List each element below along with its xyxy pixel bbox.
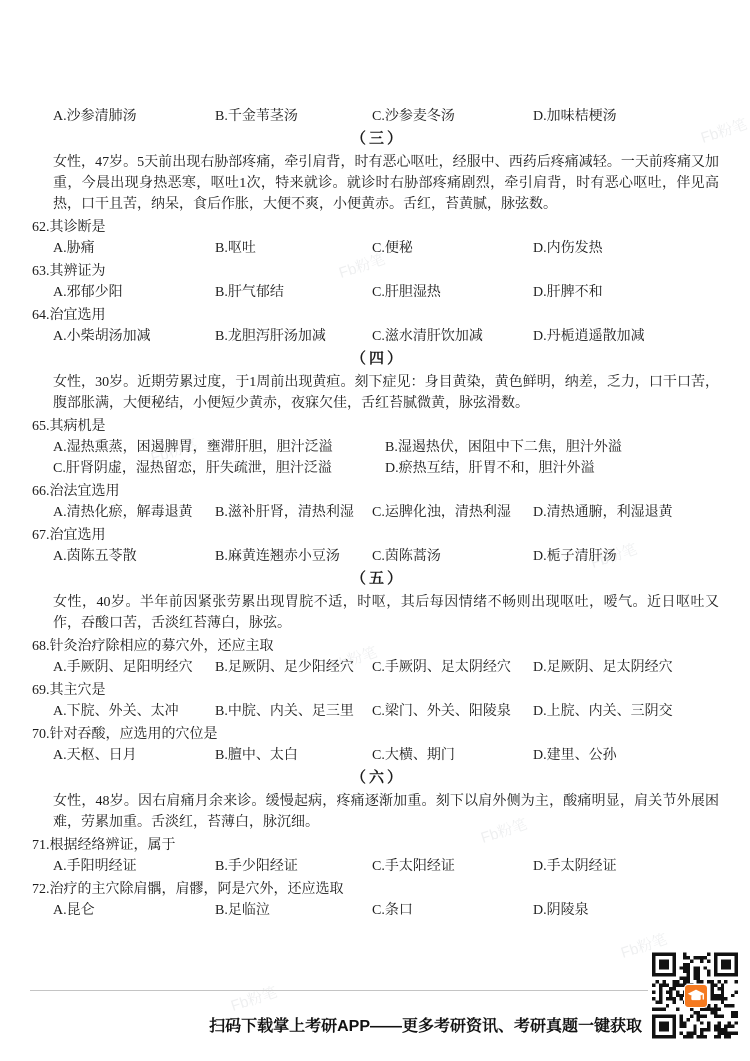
question-text: 针灸治疗除相应的募穴外，还应主取	[50, 639, 274, 654]
option-a: A.手厥阴、足阳明经穴	[53, 657, 215, 678]
option-a: A.湿热熏蒸，困遏脾胃，壅滞肝胆，胆汁泛溢	[53, 437, 385, 458]
option-c: C.沙参麦冬汤	[372, 106, 533, 127]
option-a: A.胁痛	[53, 238, 215, 259]
question-options: A.昆仑 B.足临泣 C.条口 D.阴陵泉	[53, 900, 724, 921]
question-number: 66.	[32, 484, 50, 499]
question-text: 其病机是	[50, 419, 106, 434]
option-b: B.足临泣	[215, 900, 372, 921]
question-number: 67.	[32, 528, 50, 543]
question-options: A.天枢、日月 B.膻中、太白 C.大横、期门 D.建里、公孙	[53, 745, 724, 766]
qr-center-logo	[684, 984, 708, 1008]
option-d: D.上脘、内关、三阴交	[533, 701, 724, 722]
question-number: 68.	[32, 639, 50, 654]
option-c: C.大横、期门	[372, 745, 533, 766]
option-d: D.建里、公孙	[533, 745, 724, 766]
question-number: 72.	[32, 882, 50, 897]
question-options: A.胁痛 B.呕吐 C.便秘 D.内伤发热	[53, 238, 724, 259]
option-c: C.条口	[372, 900, 533, 921]
section-title: （五）	[32, 569, 724, 590]
question-options: A.茵陈五苓散 B.麻黄连翘赤小豆汤 C.茵陈蒿汤 D.栀子清肝汤	[53, 546, 724, 567]
question-options: A.湿热熏蒸，困遏脾胃，壅滞肝胆，胆汁泛溢 B.湿遏热伏，困阻中下二焦，胆汁外溢…	[53, 437, 724, 479]
question-number: 64.	[32, 308, 50, 323]
option-b: B.肝气郁结	[215, 282, 372, 303]
question-number: 69.	[32, 683, 50, 698]
option-a: A.昆仑	[53, 900, 215, 921]
question-number: 62.	[32, 220, 50, 235]
footer-promo-text: 扫码下载掌上考研APP——更多考研资讯、考研真题一键获取	[102, 1013, 642, 1036]
watermark-text: Fb粉笔	[228, 981, 280, 1016]
question-text: 其诊断是	[50, 220, 106, 235]
question-stem: 62.其诊断是	[32, 217, 724, 238]
option-a: A.小柴胡汤加减	[53, 326, 215, 347]
option-c: C.肝胆湿热	[372, 282, 533, 303]
question-text: 其辨证为	[50, 264, 106, 279]
question-stem: 72.治疗的主穴除肩髃，肩髎，阿是穴外，还应选取	[32, 879, 724, 900]
option-b: B.足厥阴、足少阳经穴	[215, 657, 372, 678]
question-stem: 64.治宜选用	[32, 305, 724, 326]
option-c: C.茵陈蒿汤	[372, 546, 533, 567]
case-description: 女性，47岁。5天前出现右胁部疼痛，牵引肩背，时有恶心呕吐，经服中、西药后疼痛减…	[53, 152, 719, 215]
option-d: D.瘀热互结，肝胃不和，胆汁外溢	[385, 458, 724, 479]
option-b: B.湿遏热伏，困阻中下二焦，胆汁外溢	[385, 437, 724, 458]
option-a: A.邪郁少阳	[53, 282, 215, 303]
question-options: A.沙参清肺汤 B.千金苇茎汤 C.沙参麦冬汤 D.加味桔梗汤	[53, 106, 724, 127]
option-d: D.加味桔梗汤	[533, 106, 724, 127]
question-stem: 65.其病机是	[32, 416, 724, 437]
question-text: 治宜选用	[50, 528, 106, 543]
question-text: 治宜选用	[50, 308, 106, 323]
option-d: D.手太阴经证	[533, 856, 724, 877]
question-text: 其主穴是	[50, 683, 106, 698]
qr-code	[652, 951, 738, 1040]
question-number: 70.	[32, 727, 50, 742]
question-options: A.手厥阴、足阳明经穴 B.足厥阴、足少阳经穴 C.手厥阴、足太阴经穴 D.足厥…	[53, 657, 724, 678]
question-stem: 66.治法宜选用	[32, 481, 724, 502]
question-stem: 70.针对吞酸，应选用的穴位是	[32, 724, 724, 745]
option-c: C.手太阳经证	[372, 856, 533, 877]
question-text: 根据经络辨证，属于	[50, 838, 176, 853]
option-a: A.天枢、日月	[53, 745, 215, 766]
option-d: D.阴陵泉	[533, 900, 724, 921]
option-a: A.下脘、外关、太冲	[53, 701, 215, 722]
case-description: 女性，48岁。因右肩痛月余来诊。缓慢起病，疼痛逐渐加重。刻下以肩外侧为主，酸痛明…	[53, 791, 719, 833]
question-number: 71.	[32, 838, 50, 853]
question-stem: 63.其辨证为	[32, 261, 724, 282]
question-stem: 71.根据经络辨证，属于	[32, 835, 724, 856]
graduation-cap-icon	[685, 952, 707, 1041]
question-options: A.下脘、外关、太冲 B.中脘、内关、足三里 C.梁门、外关、阳陵泉 D.上脘、…	[53, 701, 724, 722]
option-b: B.龙胆泻肝汤加减	[215, 326, 372, 347]
question-options: A.手阳明经证 B.手少阳经证 C.手太阳经证 D.手太阴经证	[53, 856, 724, 877]
section-title: （三）	[32, 129, 724, 150]
option-c: C.梁门、外关、阳陵泉	[372, 701, 533, 722]
option-b: B.手少阳经证	[215, 856, 372, 877]
option-a: A.清热化瘀，解毒退黄	[53, 502, 215, 523]
option-d: D.足厥阴、足太阴经穴	[533, 657, 724, 678]
option-c: C.手厥阴、足太阴经穴	[372, 657, 533, 678]
option-a: A.茵陈五苓散	[53, 546, 215, 567]
exam-page: Fb粉笔 Fb粉笔 Fb粉笔 Fb粉笔 Fb粉笔 Fb粉笔 Fb粉笔 Fb粉笔 …	[0, 0, 750, 1061]
case-description: 女性，30岁。近期劳累过度，于1周前出现黄疸。刻下症见：身目黄染，黄色鲜明，纳差…	[53, 372, 719, 414]
option-b: B.中脘、内关、足三里	[215, 701, 372, 722]
question-number: 63.	[32, 264, 50, 279]
question-text: 治法宜选用	[50, 484, 120, 499]
section-title: （四）	[32, 349, 724, 370]
option-c: C.运脾化浊，清热利湿	[372, 502, 533, 523]
option-b: B.呕吐	[215, 238, 372, 259]
question-text: 治疗的主穴除肩髃，肩髎，阿是穴外，还应选取	[50, 882, 344, 897]
option-c: C.滋水清肝饮加减	[372, 326, 533, 347]
option-a: A.沙参清肺汤	[53, 106, 215, 127]
option-d: D.内伤发热	[533, 238, 724, 259]
option-d: D.肝脾不和	[533, 282, 724, 303]
option-b: B.膻中、太白	[215, 745, 372, 766]
question-options: A.清热化瘀，解毒退黄 B.滋补肝肾，清热利湿 C.运脾化浊，清热利湿 D.清热…	[53, 502, 724, 523]
exam-content: A.沙参清肺汤 B.千金苇茎汤 C.沙参麦冬汤 D.加味桔梗汤 （三） 女性，4…	[32, 106, 724, 923]
option-c: C.肝肾阴虚，湿热留恋，肝失疏泄，胆汁泛溢	[53, 458, 385, 479]
case-description: 女性，40岁。半年前因紧张劳累出现胃脘不适，时呕，其后每因情绪不畅则出现呕吐，嗳…	[53, 592, 719, 634]
option-b: B.滋补肝肾，清热利湿	[215, 502, 372, 523]
question-options: A.邪郁少阳 B.肝气郁结 C.肝胆湿热 D.肝脾不和	[53, 282, 724, 303]
question-text: 针对吞酸，应选用的穴位是	[50, 727, 218, 742]
option-c: C.便秘	[372, 238, 533, 259]
option-b: B.千金苇茎汤	[215, 106, 372, 127]
option-a: A.手阳明经证	[53, 856, 215, 877]
option-b: B.麻黄连翘赤小豆汤	[215, 546, 372, 567]
option-d: D.栀子清肝汤	[533, 546, 724, 567]
option-d: D.清热通腑，利湿退黄	[533, 502, 724, 523]
option-d: D.丹栀逍遥散加减	[533, 326, 724, 347]
section-title: （六）	[32, 768, 724, 789]
question-stem: 68.针灸治疗除相应的募穴外，还应主取	[32, 636, 724, 657]
question-number: 65.	[32, 419, 50, 434]
question-stem: 67.治宜选用	[32, 525, 724, 546]
question-stem: 69.其主穴是	[32, 680, 724, 701]
footer-divider	[30, 990, 648, 991]
question-options: A.小柴胡汤加减 B.龙胆泻肝汤加减 C.滋水清肝饮加减 D.丹栀逍遥散加减	[53, 326, 724, 347]
